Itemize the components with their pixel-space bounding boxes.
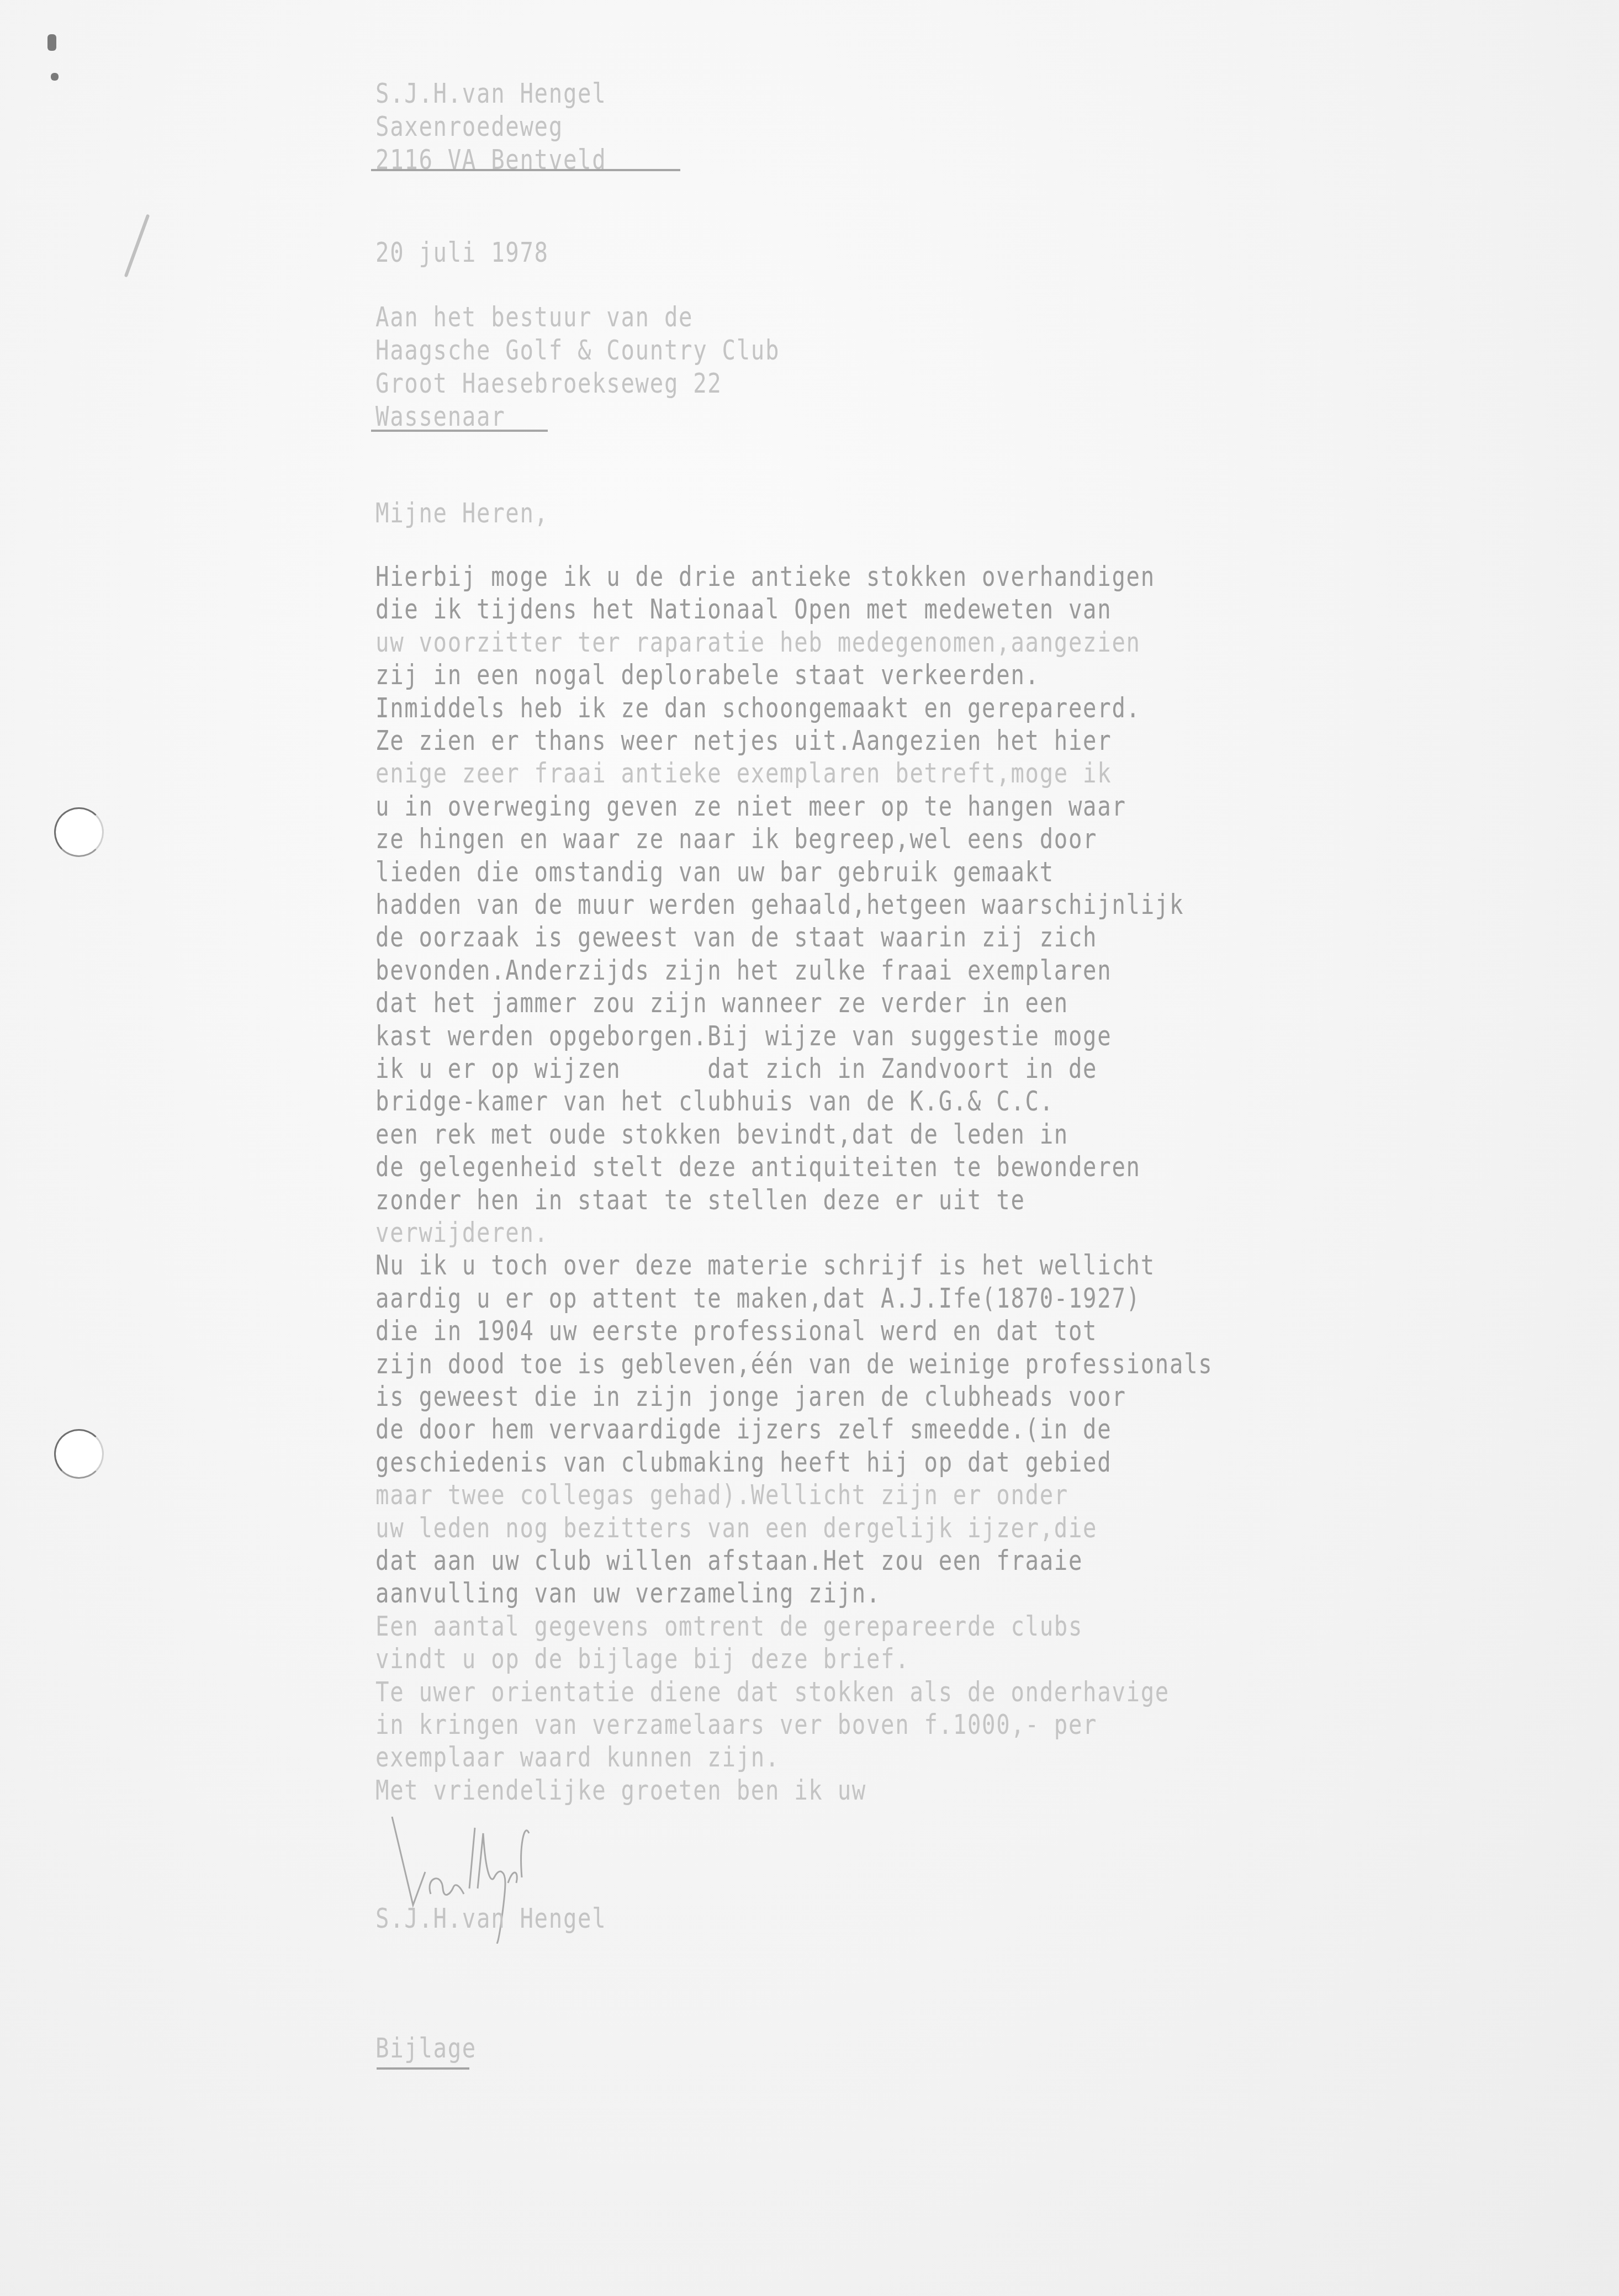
body-line: bridge-kamer van het clubhuis van de K.G… bbox=[375, 1085, 1054, 1118]
body-line: enige zeer fraai antieke exemplaren betr… bbox=[375, 757, 1112, 790]
sender-postal-city: 2116 VA Bentveld bbox=[375, 144, 606, 177]
punch-hole-top bbox=[54, 807, 104, 857]
body-line: uw voorzitter ter raparatie heb medegeno… bbox=[375, 626, 1141, 659]
body-line: ik u er op wijzen dat zich in Zandvoort … bbox=[375, 1052, 1097, 1086]
enclosure-underline bbox=[377, 2067, 469, 2070]
body-line: is geweest die in zijn jonge jaren de cl… bbox=[375, 1380, 1126, 1414]
body-line: die in 1904 uw eerste professional werd … bbox=[375, 1315, 1097, 1348]
salutation: Mijne Heren, bbox=[375, 497, 549, 530]
signed-name: S.J.H.van Hengel bbox=[375, 1902, 606, 1935]
body-line: Ze zien er thans weer netjes uit.Aangezi… bbox=[375, 724, 1112, 758]
recipient-line-1: Aan het bestuur van de bbox=[375, 301, 693, 334]
body-line: de gelegenheid stelt deze antiquiteiten … bbox=[375, 1151, 1141, 1184]
body-line: zijn dood toe is gebleven,één van de wei… bbox=[375, 1348, 1213, 1381]
body-line: verwijderen. bbox=[375, 1216, 549, 1250]
body-line: Inmiddels heb ik ze dan schoongemaakt en… bbox=[375, 692, 1141, 725]
body-line: exemplaar waard kunnen zijn. bbox=[375, 1741, 780, 1774]
body-line: bevonden.Anderzijds zijn het zulke fraai… bbox=[375, 954, 1112, 987]
recipient-underline bbox=[371, 430, 548, 432]
body-line: geschiedenis van clubmaking heeft hij op… bbox=[375, 1446, 1112, 1479]
body-line: uw leden nog bezitters van een dergelijk… bbox=[375, 1512, 1097, 1545]
body-line: Een aantal gegevens omtrent de gereparee… bbox=[375, 1610, 1083, 1643]
body-line: lieden die omstandig van uw bar gebruik … bbox=[375, 856, 1054, 889]
sender-underline bbox=[371, 169, 680, 171]
body-line: aanvulling van uw verzameling zijn. bbox=[375, 1577, 881, 1610]
body-line: zij in een nogal deplorabele staat verke… bbox=[375, 659, 1040, 692]
body-line: die ik tijdens het Nationaal Open met me… bbox=[375, 593, 1112, 626]
staple-mark-top bbox=[47, 34, 56, 51]
recipient-line-2: Haagsche Golf & Country Club bbox=[375, 334, 780, 367]
body-line: in kringen van verzamelaars ver boven f.… bbox=[375, 1708, 1097, 1742]
enclosure-label: Bijlage bbox=[375, 2032, 477, 2065]
body-line: zonder hen in staat te stellen deze er u… bbox=[375, 1184, 1025, 1217]
body-line: ze hingen en waar ze naar ik begreep,wel… bbox=[375, 823, 1097, 856]
body-line: aardig u er op attent te maken,dat A.J.I… bbox=[375, 1282, 1141, 1315]
recipient-line-3: Groot Haesebroekseweg 22 bbox=[375, 367, 722, 400]
body-line: een rek met oude stokken bevindt,dat de … bbox=[375, 1118, 1068, 1151]
punch-hole-bottom bbox=[54, 1429, 104, 1479]
body-line: Nu ik u toch over deze materie schrijf i… bbox=[375, 1249, 1155, 1282]
pencil-mark bbox=[124, 214, 150, 278]
body-line: kast werden opgeborgen.Bij wijze van sug… bbox=[375, 1020, 1112, 1053]
body-line: dat aan uw club willen afstaan.Het zou e… bbox=[375, 1544, 1083, 1578]
body-line: vindt u op de bijlage bij deze brief. bbox=[375, 1643, 909, 1676]
body-line: Te uwer orientatie diene dat stokken als… bbox=[375, 1676, 1170, 1709]
recipient-line-4: Wassenaar bbox=[375, 400, 505, 433]
sender-street: Saxenroedeweg bbox=[375, 110, 563, 144]
sender-name: S.J.H.van Hengel bbox=[375, 77, 606, 110]
body-line: dat het jammer zou zijn wanneer ze verde… bbox=[375, 987, 1068, 1020]
letter-date: 20 juli 1978 bbox=[375, 236, 549, 269]
letter-page: S.J.H.van Hengel Saxenroedeweg 2116 VA B… bbox=[0, 0, 1619, 2296]
body-line: maar twee collegas gehad).Wellicht zijn … bbox=[375, 1479, 1068, 1512]
body-line: hadden van de muur werden gehaald,hetgee… bbox=[375, 888, 1184, 922]
staple-mark-bottom bbox=[51, 73, 59, 81]
body-line: Met vriendelijke groeten ben ik uw bbox=[375, 1774, 866, 1807]
body-line: Hierbij moge ik u de drie antieke stokke… bbox=[375, 560, 1155, 594]
body-line: de oorzaak is geweest van de staat waari… bbox=[375, 921, 1097, 954]
body-line: u in overweging geven ze niet meer op te… bbox=[375, 790, 1126, 823]
body-line: de door hem vervaardigde ijzers zelf sme… bbox=[375, 1413, 1112, 1446]
